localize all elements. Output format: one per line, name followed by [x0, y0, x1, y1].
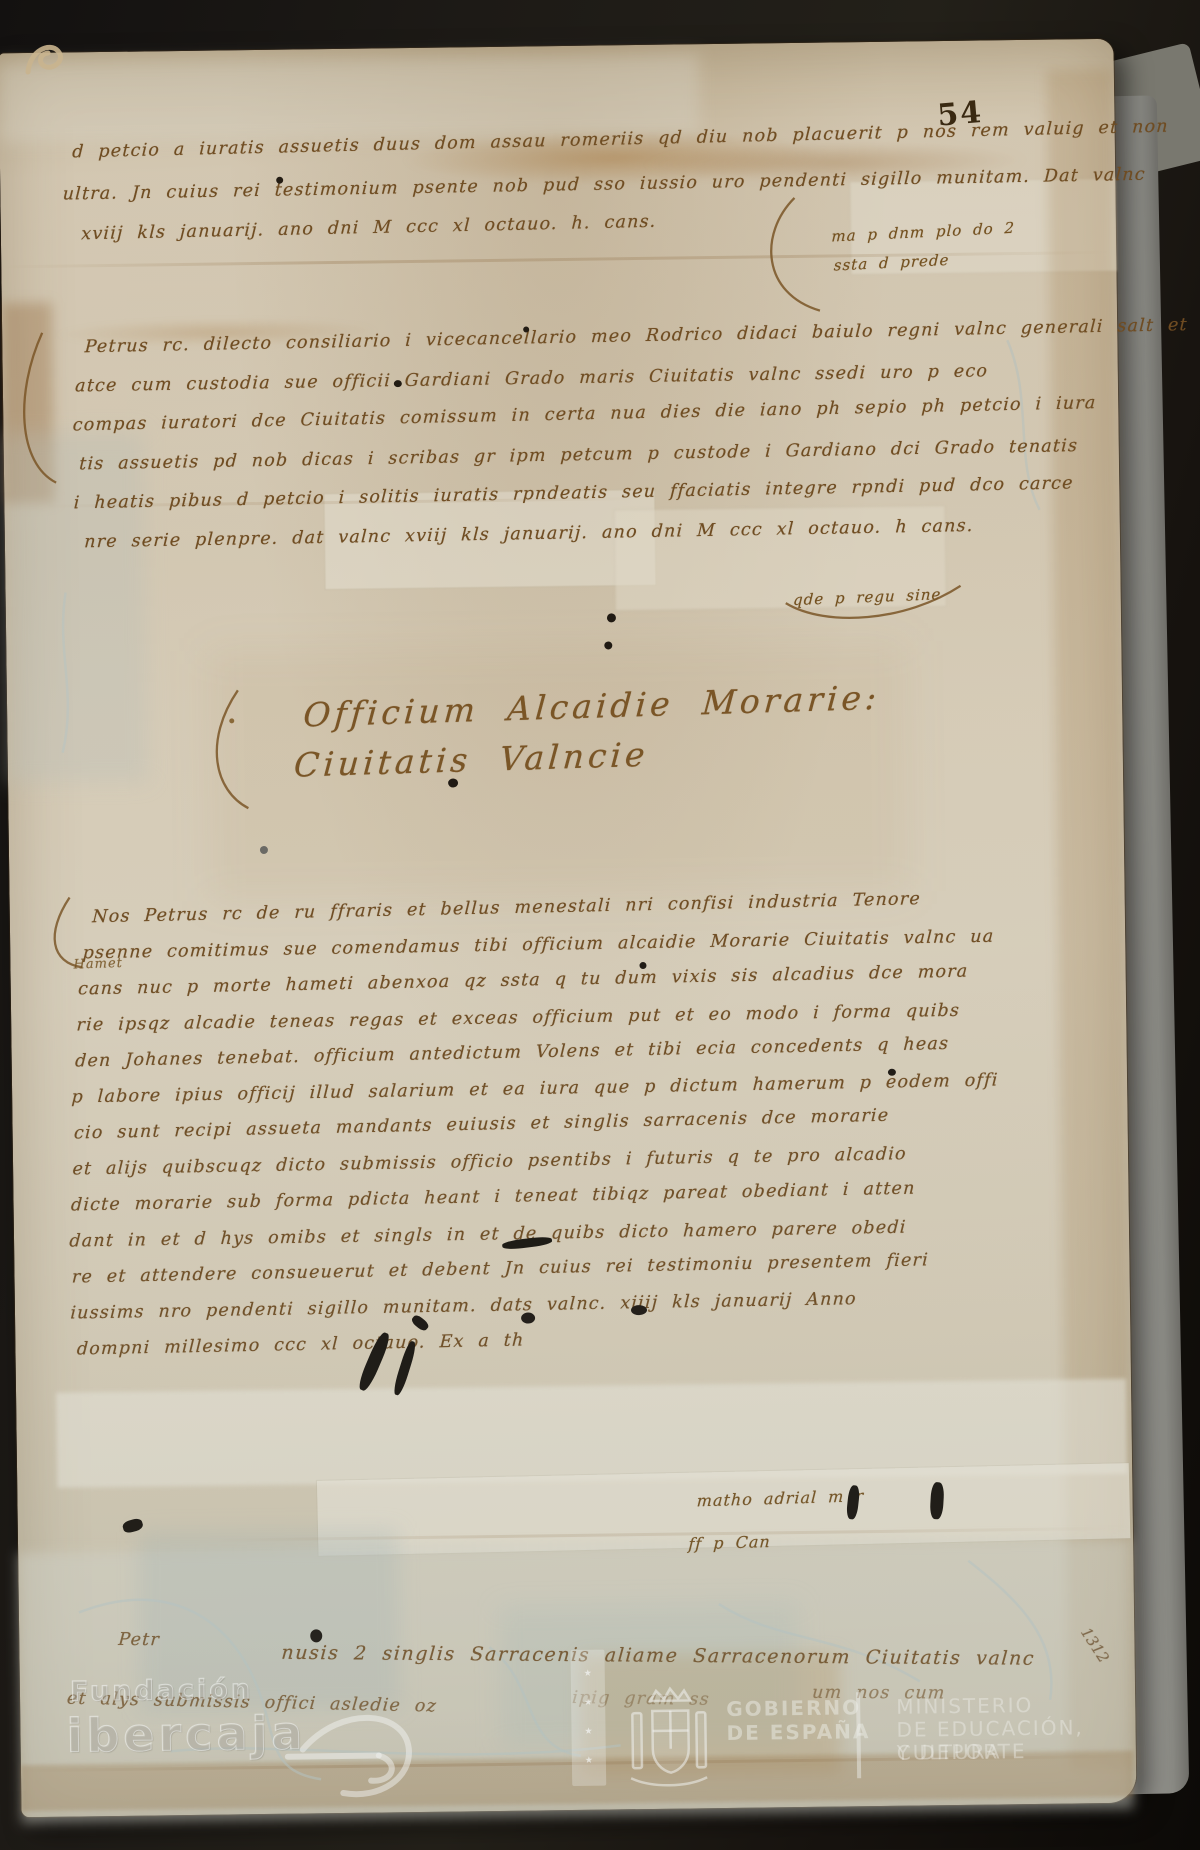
- ink-blot: [229, 718, 234, 723]
- ink-blot: [310, 1629, 322, 1642]
- ink-blot: [448, 778, 458, 787]
- ink-blot: [394, 380, 402, 387]
- ink-blot: [276, 177, 283, 184]
- spain-coat-of-arms-icon: [620, 1682, 717, 1808]
- manuscript-fragment: um nos cum: [811, 1683, 946, 1704]
- ink-blot: [639, 962, 646, 969]
- ink-blot: [888, 1069, 896, 1076]
- manuscript-page: 54 d petcio a iuratis assuetis duus dom …: [0, 39, 1136, 1817]
- flag-stars-icon: ★★★★: [570, 1650, 606, 1786]
- manuscript-fragment: Petr: [118, 1630, 161, 1650]
- ink-blot: [523, 326, 529, 332]
- ink-blot: [260, 846, 268, 854]
- registrar-note: ff p Can: [688, 1532, 771, 1554]
- ink-blot: [607, 613, 616, 622]
- ink-blot: [604, 641, 612, 649]
- ibercaja-logo-icon: [282, 1693, 418, 1810]
- manuscript-photo-scene: 54 d petcio a iuratis assuetis duus dom …: [0, 0, 1200, 1850]
- binding-thread: [0, 0, 120, 120]
